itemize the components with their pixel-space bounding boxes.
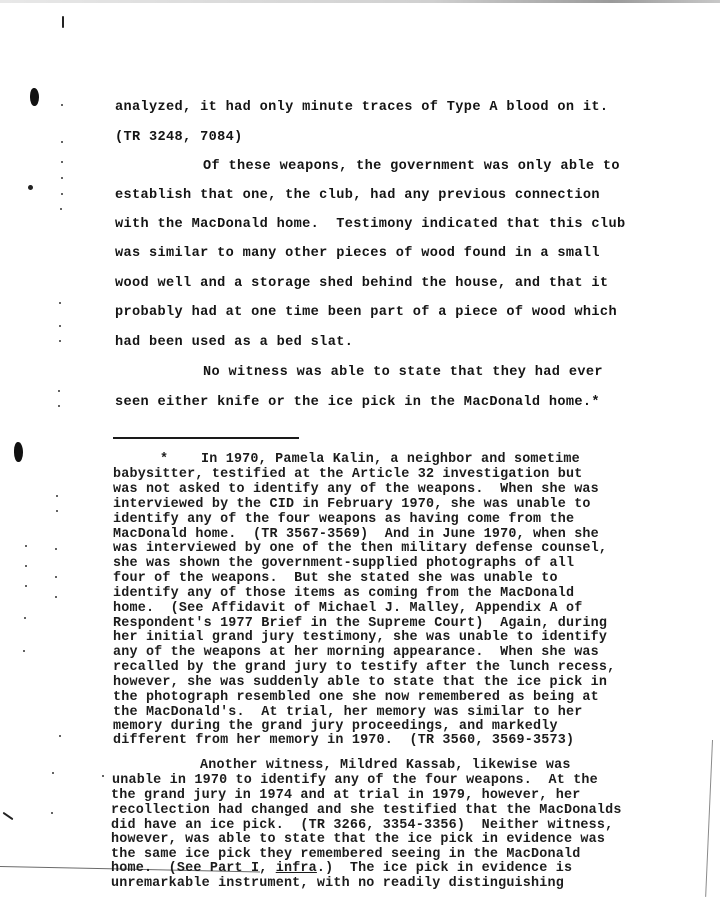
scan-speck: [58, 390, 60, 392]
body-line: with the MacDonald home. Testimony indic…: [115, 217, 625, 233]
footnote-line: different from her memory in 1970. (TR 3…: [113, 733, 574, 748]
scan-speck: [61, 104, 63, 106]
footnote-separator: [113, 437, 299, 439]
punch-hole-mark: [14, 442, 23, 462]
scan-speck: [59, 325, 61, 327]
body-line: Of these weapons, the government was onl…: [203, 159, 620, 175]
footnote-line: four of the weapons. But she stated she …: [113, 571, 558, 586]
scan-speck: [52, 772, 54, 774]
footnote-line: unable in 1970 to identify any of the fo…: [112, 773, 598, 788]
body-line: establish that one, the club, had any pr…: [115, 188, 600, 204]
body-line: was similar to many other pieces of wood…: [115, 246, 600, 262]
document-page: analyzed, it had only minute traces of T…: [0, 0, 720, 897]
body-line: (TR 3248, 7084): [115, 130, 243, 146]
footnote-line: the MacDonald's. At trial, her memory wa…: [113, 705, 582, 720]
scan-speck: [25, 565, 27, 567]
scan-speck: [59, 735, 61, 737]
scan-speck: [25, 585, 27, 587]
scan-mark: [3, 812, 14, 821]
infra-reference: infra: [276, 861, 317, 876]
scan-speck: [55, 576, 57, 578]
body-line: analyzed, it had only minute traces of T…: [115, 100, 608, 116]
footnote-line: the photograph resembled one she now rem…: [113, 690, 599, 705]
footnote-line: was not asked to identify any of the wea…: [113, 482, 599, 497]
scan-speck: [61, 141, 63, 143]
scan-top-edge: [0, 0, 720, 3]
scan-speck: [58, 405, 60, 407]
footnote-line: identify any of the four weapons as havi…: [113, 512, 574, 527]
footnote-line: memory during the grand jury proceedings…: [113, 719, 558, 734]
scan-mark: [62, 16, 64, 28]
text-segment: home. (See Part I,: [111, 861, 276, 876]
scan-speck: [23, 650, 25, 652]
footnote-line: home. (See Affidavit of Michael J. Malle…: [113, 601, 582, 616]
footnote-line: Another witness, Mildred Kassab, likewis…: [200, 758, 571, 773]
footnote-line: she was shown the government-supplied ph…: [113, 556, 574, 571]
footnote-line: babysitter, testified at the Article 32 …: [113, 467, 582, 482]
scan-speck: [61, 161, 63, 163]
scan-speck: [102, 775, 104, 777]
footnote-line: interviewed by the CID in February 1970,…: [113, 497, 591, 512]
footnote-line: In 1970, Pamela Kalin, a neighbor and so…: [201, 452, 580, 467]
scan-speck: [55, 596, 57, 598]
footnote-line: Respondent's 1977 Brief in the Supreme C…: [113, 616, 607, 631]
footnote-line: the grand jury in 1974 and at trial in 1…: [111, 788, 580, 803]
footnote-line: MacDonald home. (TR 3567-3569) And in Ju…: [113, 527, 599, 542]
footnote-line: the same ice pick they remembered seeing…: [111, 847, 580, 862]
scan-speck: [61, 193, 63, 195]
footnote-line: was interviewed by one of the then milit…: [113, 541, 607, 556]
scan-speck: [56, 495, 58, 497]
footnote-line: home. (See Part I, infra.) The ice pick …: [111, 861, 572, 876]
scan-speck: [60, 208, 62, 210]
scan-speck: [25, 545, 27, 547]
body-line: No witness was able to state that they h…: [203, 365, 603, 381]
scan-speck: [56, 510, 58, 512]
footnote-line: recalled by the grand jury to testify af…: [113, 660, 615, 675]
body-line: seen either knife or the ice pick in the…: [115, 395, 600, 411]
footnote-line: however, was able to state that the ice …: [111, 832, 605, 847]
scan-speck: [59, 340, 61, 342]
footnote-line: unremarkable instrument, with no readily…: [111, 876, 564, 891]
text-segment: .) The ice pick in evidence is: [317, 861, 572, 876]
punch-hole-mark: [30, 88, 39, 106]
footnote-line: however, she was suddenly able to state …: [113, 675, 607, 690]
footnote-line: any of the weapons at her morning appear…: [113, 645, 599, 660]
scan-speck: [55, 548, 57, 550]
body-line: wood well and a storage shed behind the …: [115, 276, 608, 292]
scan-dot: [28, 185, 33, 190]
body-line: probably had at one time been part of a …: [115, 305, 617, 321]
scan-speck: [24, 617, 26, 619]
footnote-line: identify any of those items as coming fr…: [113, 586, 574, 601]
scan-page-edge: [705, 740, 713, 897]
footnote-line: did have an ice pick. (TR 3266, 3354-335…: [111, 818, 613, 833]
footnote-line: recollection had changed and she testifi…: [111, 803, 622, 818]
body-line: had been used as a bed slat.: [115, 335, 353, 351]
footnote-marker: *: [160, 452, 168, 467]
footnote-line: her initial grand jury testimony, she wa…: [113, 630, 607, 645]
scan-speck: [61, 177, 63, 179]
scan-speck: [59, 302, 61, 304]
scan-speck: [51, 812, 53, 814]
